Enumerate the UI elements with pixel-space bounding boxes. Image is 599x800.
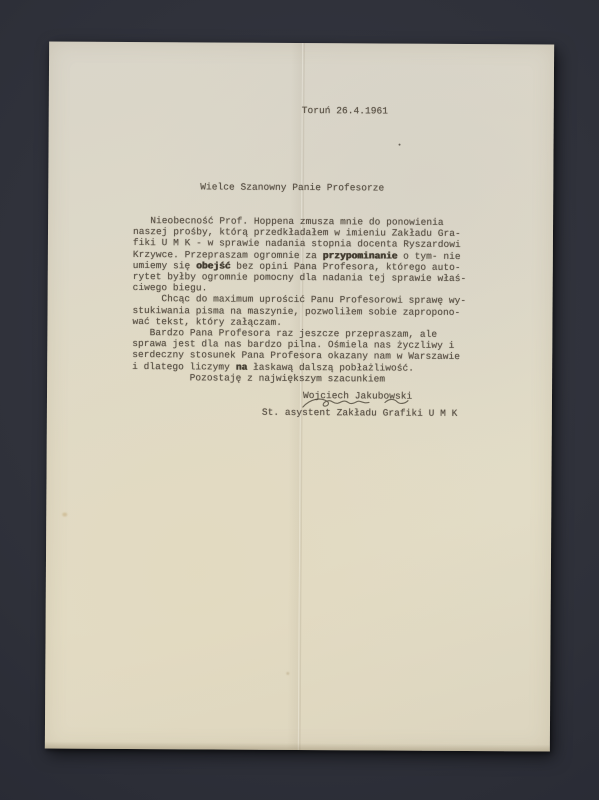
- paper-speck: [399, 144, 401, 146]
- typed-text: łaskawą dalszą pobłażliwość.: [247, 361, 414, 373]
- typed-text: Krzywce. Przepraszam ogromnie za: [133, 249, 323, 261]
- letter-paper: Toruń 26.4.1961 Wielce Szanowny Panie Pr…: [45, 41, 554, 751]
- typed-text: umiemy się: [133, 260, 196, 271]
- sender-role: St. asystent Zakładu Grafiki U M K: [262, 407, 458, 419]
- date-line: Toruń 26.4.1961: [302, 105, 388, 117]
- typed-text: i dlatego liczymy: [132, 361, 236, 373]
- typed-text: ciwego biegu.: [133, 282, 208, 293]
- overstruck-text: na: [236, 361, 248, 372]
- typed-text: wać tekst, który załączam.: [132, 316, 282, 328]
- body-line: Pozostaję z największym szacunkiem: [132, 372, 466, 385]
- typed-text: o tym- nie: [397, 250, 460, 261]
- overstruck-text: obejść: [196, 260, 231, 271]
- paper-speck: [286, 672, 289, 675]
- paper-stain: [62, 513, 67, 517]
- overstruck-text: przypominanie: [323, 250, 398, 261]
- salutation: Wielce Szanowny Panie Profesorze: [200, 181, 384, 193]
- typed-text: Pozostaję z największym szacunkiem: [132, 372, 385, 385]
- letter-body: Nieobecność Prof. Hoppena zmusza mnie do…: [132, 215, 467, 385]
